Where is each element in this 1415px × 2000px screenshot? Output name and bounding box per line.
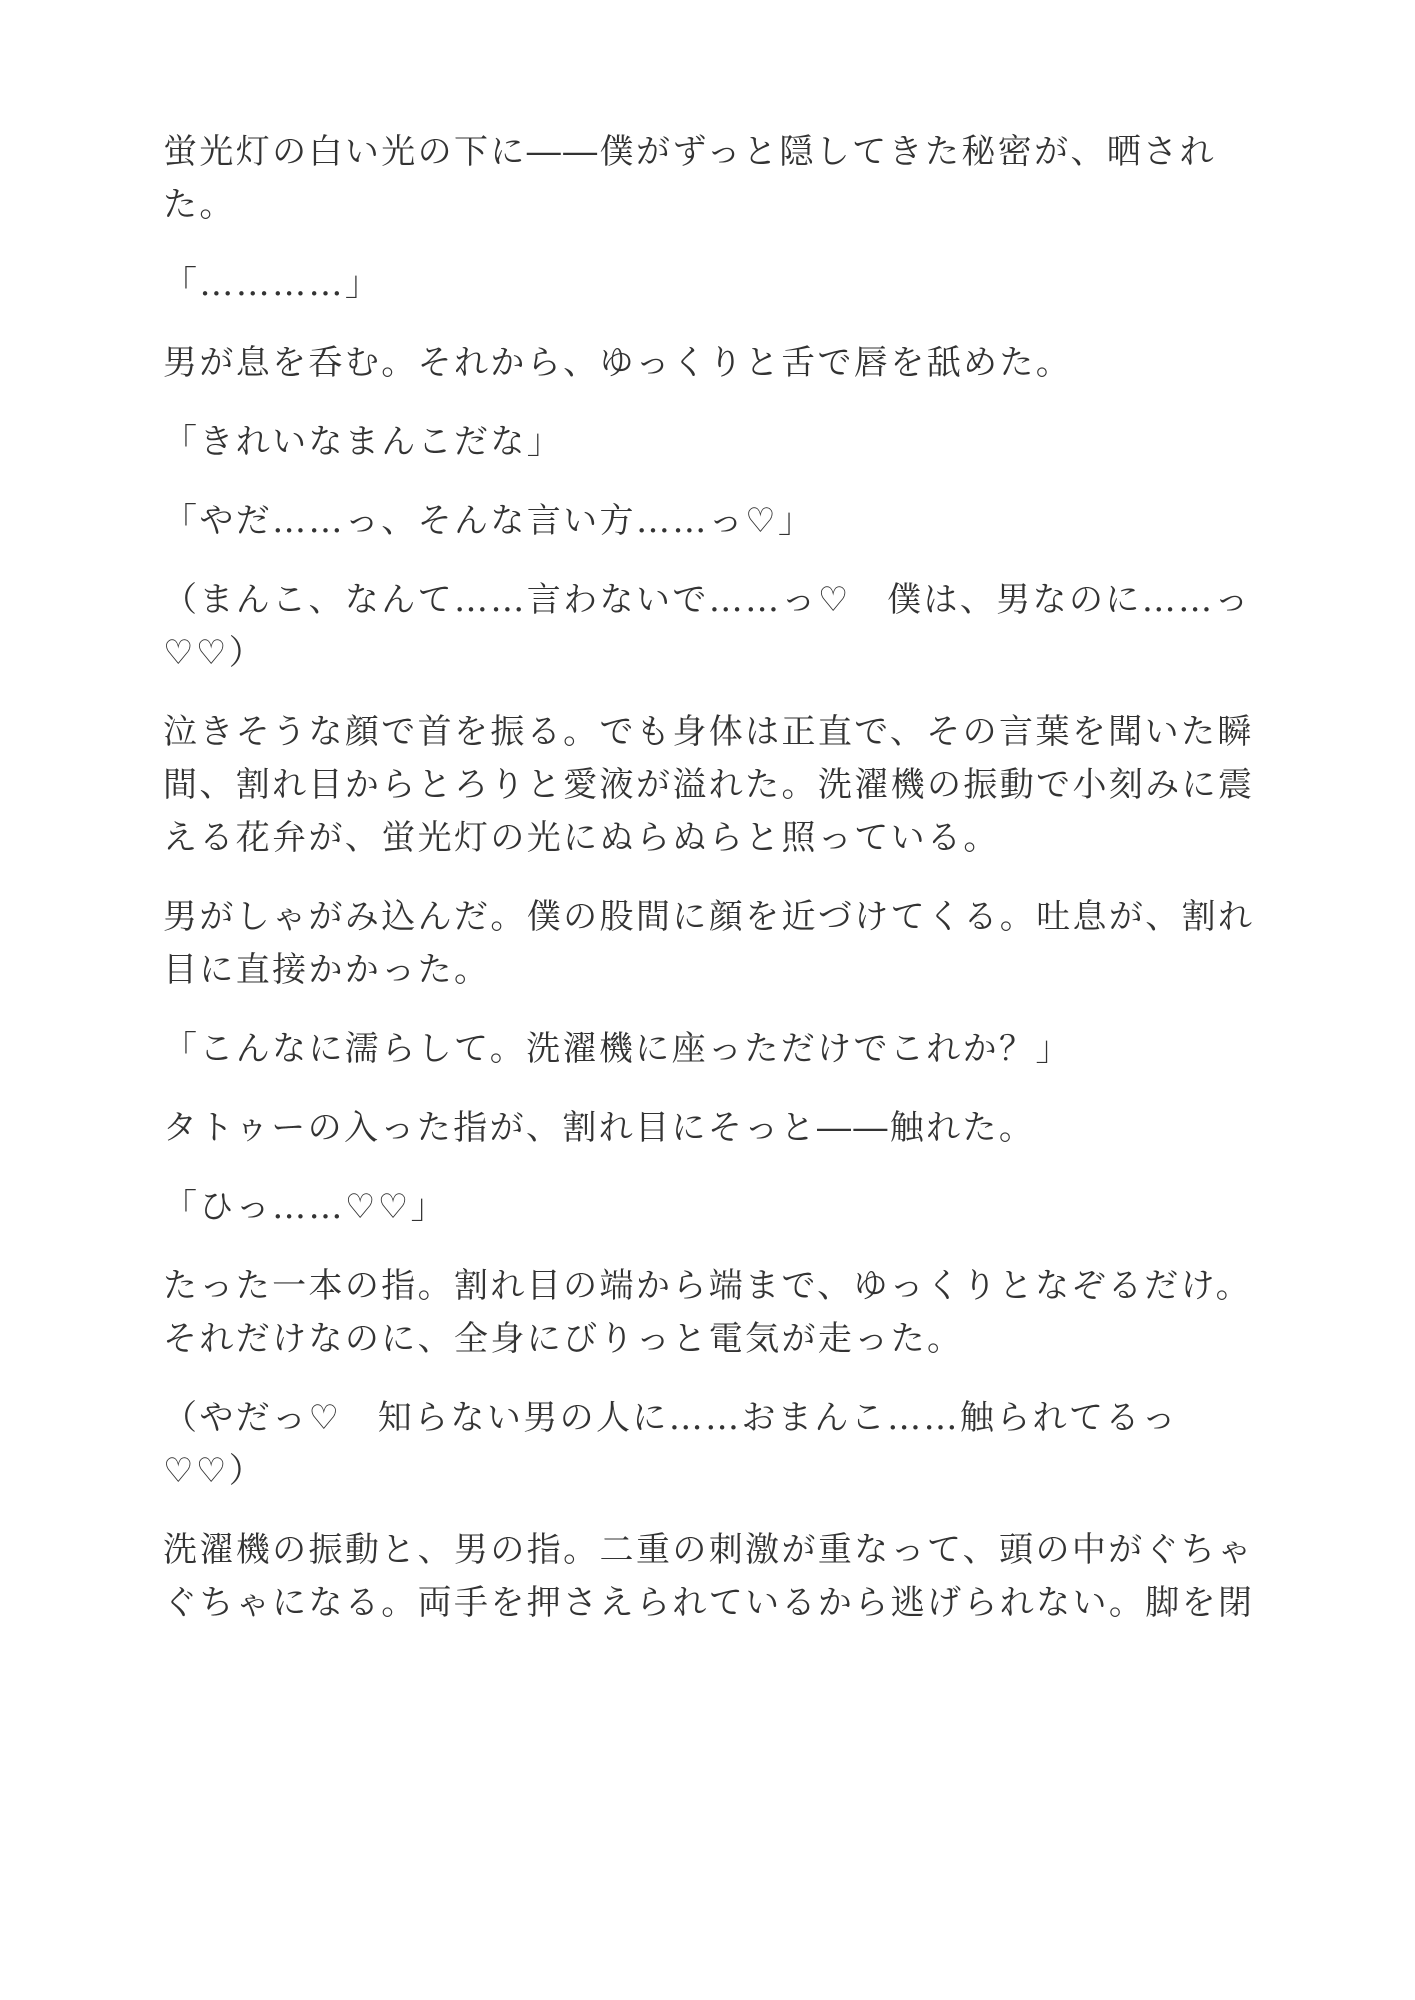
paragraph-07-narration: 泣きそうな顔で首を振る。でも身体は正直で、その言葉を聞いた瞬間、割れ目からとろり…: [163, 706, 1263, 865]
paragraph-10-narration: タトゥーの入った指が、割れ目にそっと――触れた。: [163, 1102, 1263, 1155]
paragraph-04-dialogue: 「きれいなまんこだな」: [163, 416, 1263, 469]
paragraph-02-dialogue: 「…………」: [163, 258, 1263, 311]
paragraph-01-narration: 蛍光灯の白い光の下に――僕がずっと隠してきた秘密が、晒された。: [163, 126, 1263, 232]
paragraph-09-dialogue: 「こんなに濡らして。洗濯機に座っただけでこれか？」: [163, 1023, 1263, 1076]
paragraph-12-narration: たった一本の指。割れ目の端から端まで、ゆっくりとなぞるだけ。それだけなのに、全身…: [163, 1260, 1263, 1366]
paragraph-14-narration: 洗濯機の振動と、男の指。二重の刺激が重なって、頭の中がぐちゃぐちゃになる。両手を…: [163, 1524, 1263, 1630]
paragraph-13-inner-thought: （やだっ♡ 知らない男の人に……おまんこ……触られてるっ♡♡）: [163, 1392, 1263, 1498]
story-text: 蛍光灯の白い光の下に――僕がずっと隠してきた秘密が、晒された。 「…………」 男…: [163, 126, 1263, 1630]
paragraph-03-narration: 男が息を呑む。それから、ゆっくりと舌で唇を舐めた。: [163, 337, 1263, 390]
paragraph-08-narration: 男がしゃがみ込んだ。僕の股間に顔を近づけてくる。吐息が、割れ目に直接かかった。: [163, 891, 1263, 997]
paragraph-05-dialogue: 「やだ……っ、そんな言い方……っ♡」: [163, 495, 1263, 548]
document-page: 蛍光灯の白い光の下に――僕がずっと隠してきた秘密が、晒された。 「…………」 男…: [0, 0, 1415, 2000]
paragraph-06-inner-thought: （まんこ、なんて……言わないで……っ♡ 僕は、男なのに……っ♡♡）: [163, 574, 1263, 680]
paragraph-11-dialogue: 「ひっ……♡♡」: [163, 1181, 1263, 1234]
